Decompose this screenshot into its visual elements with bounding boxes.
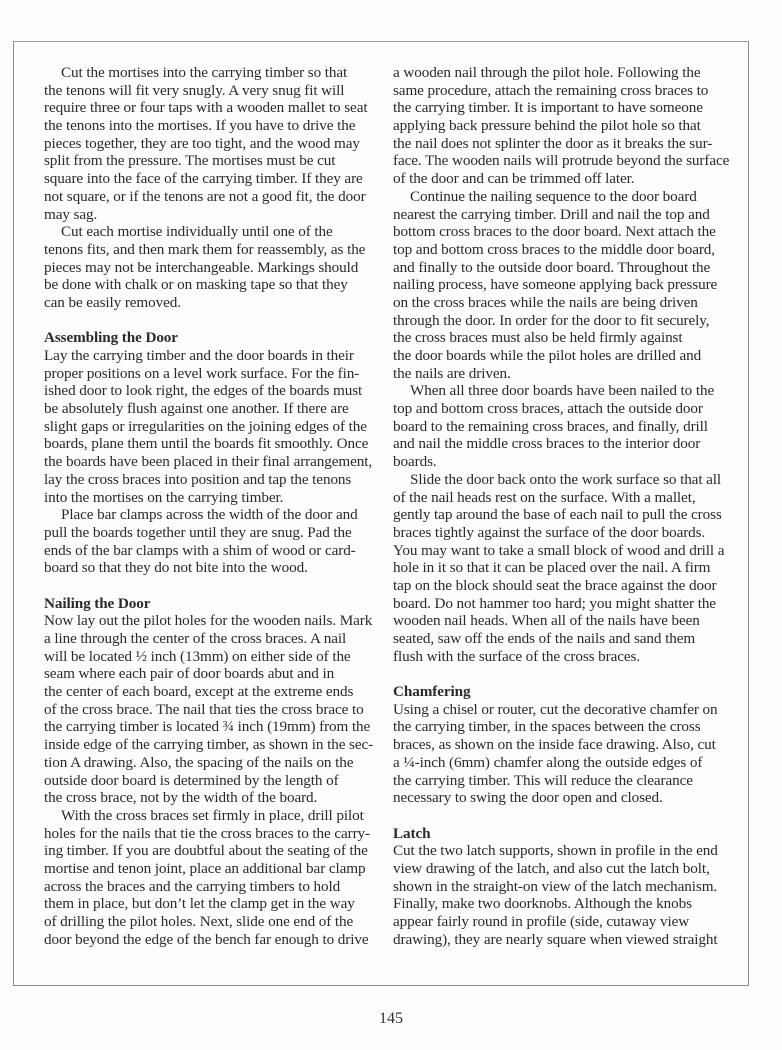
text-line: board to the remaining cross braces, and… xyxy=(393,418,733,436)
text-line: inside edge of the carrying timber, as s… xyxy=(44,736,380,754)
text-line: Continue the nailing sequence to the doo… xyxy=(393,188,733,206)
text-line: Using a chisel or router, cut the decora… xyxy=(393,701,733,719)
text-line: hole in it so that it can be placed over… xyxy=(393,559,733,577)
text-line: tap on the block should seat the brace a… xyxy=(393,577,733,595)
text-line: appear fairly round in profile (side, cu… xyxy=(393,913,733,931)
text-line: the tenons into the mortises. If you hav… xyxy=(44,117,380,135)
text-line: through the door. In order for the door … xyxy=(393,312,733,330)
text-line: require three or four taps with a wooden… xyxy=(44,99,380,117)
text-line: the door boards while the pilot holes ar… xyxy=(393,347,733,365)
text-line: With the cross braces set firmly in plac… xyxy=(44,807,380,825)
text-line: of the door and can be trimmed off later… xyxy=(393,170,733,188)
spacer xyxy=(393,807,733,825)
text-line: wooden nail heads. When all of the nails… xyxy=(393,612,733,630)
text-line: pieces together, they are too tight, and… xyxy=(44,135,380,153)
text-line: top and bottom cross braces, attach the … xyxy=(393,400,733,418)
text-line: slight gaps or irregularities on the joi… xyxy=(44,418,380,436)
text-line: tion A drawing. Also, the spacing of the… xyxy=(44,754,380,772)
text-line: applying back pressure behind the pilot … xyxy=(393,117,733,135)
text-line: and finally to the outside door board. T… xyxy=(393,259,733,277)
text-line: seam where each pair of door boards abut… xyxy=(44,665,380,683)
text-line: Now lay out the pilot holes for the wood… xyxy=(44,612,380,630)
text-line: necessary to swing the door open and clo… xyxy=(393,789,733,807)
text-line: pieces may not be interchangeable. Marki… xyxy=(44,259,380,277)
text-line: boards, plane them until the boards fit … xyxy=(44,435,380,453)
text-line: shown in the straight-on view of the lat… xyxy=(393,878,733,896)
text-line: board so that they do not bite into the … xyxy=(44,559,380,577)
text-line: of the nail heads rest on the surface. W… xyxy=(393,489,733,507)
text-line: the boards have been placed in their fin… xyxy=(44,453,380,471)
text-line: be done with chalk or on masking tape so… xyxy=(44,276,380,294)
section-heading: Latch xyxy=(393,825,733,843)
spacer xyxy=(393,665,733,683)
text-line: door beyond the edge of the bench far en… xyxy=(44,931,380,949)
text-line: may sag. xyxy=(44,206,380,224)
text-line: lay the cross braces into position and t… xyxy=(44,471,380,489)
text-line: the cross brace, not by the width of the… xyxy=(44,789,380,807)
text-line: of the cross brace. The nail that ties t… xyxy=(44,701,380,719)
text-line: ished door to look right, the edges of t… xyxy=(44,382,380,400)
text-line: not square, or if the tenons are not a g… xyxy=(44,188,380,206)
text-line: across the braces and the carrying timbe… xyxy=(44,878,380,896)
text-line: the carrying timber is located ¾ inch (1… xyxy=(44,718,380,736)
text-line: the nail does not splinter the door as i… xyxy=(393,135,733,153)
left-text-column: Cut the mortises into the carrying timbe… xyxy=(44,64,380,948)
spacer xyxy=(44,577,380,595)
text-line: drawing), they are nearly square when vi… xyxy=(393,931,733,949)
text-line: the carrying timber. This will reduce th… xyxy=(393,772,733,790)
text-line: nearest the carrying timber. Drill and n… xyxy=(393,206,733,224)
text-line: Cut each mortise individually until one … xyxy=(44,223,380,241)
text-line: proper positions on a level work surface… xyxy=(44,365,380,383)
section-heading: Assembling the Door xyxy=(44,329,380,347)
text-line: into the mortises on the carrying timber… xyxy=(44,489,380,507)
text-line: the carrying timber, in the spaces betwe… xyxy=(393,718,733,736)
text-line: the tenons will fit very snugly. A very … xyxy=(44,82,380,100)
text-line: holes for the nails that tie the cross b… xyxy=(44,825,380,843)
text-line: When all three door boards have been nai… xyxy=(393,382,733,400)
text-line: Cut the two latch supports, shown in pro… xyxy=(393,842,733,860)
text-line: Place bar clamps across the width of the… xyxy=(44,506,380,524)
text-line: will be located ½ inch (13mm) on either … xyxy=(44,648,380,666)
text-line: square into the face of the carrying tim… xyxy=(44,170,380,188)
section-heading: Chamfering xyxy=(393,683,733,701)
text-line: on the cross braces while the nails are … xyxy=(393,294,733,312)
text-line: them in place, but don’t let the clamp g… xyxy=(44,895,380,913)
text-line: ends of the bar clamps with a shim of wo… xyxy=(44,542,380,560)
text-line: view drawing of the latch, and also cut … xyxy=(393,860,733,878)
text-line: the nails are driven. xyxy=(393,365,733,383)
text-line: Finally, make two doorknobs. Although th… xyxy=(393,895,733,913)
text-line: a wooden nail through the pilot hole. Fo… xyxy=(393,64,733,82)
text-line: You may want to take a small block of wo… xyxy=(393,542,733,560)
text-line: mortise and tenon joint, place an additi… xyxy=(44,860,380,878)
text-line: face. The wooden nails will protrude bey… xyxy=(393,152,733,170)
spacer xyxy=(44,312,380,330)
text-line: nailing process, have someone applying b… xyxy=(393,276,733,294)
text-line: seated, saw off the ends of the nails an… xyxy=(393,630,733,648)
text-line: a line through the center of the cross b… xyxy=(44,630,380,648)
text-line: bottom cross braces to the door board. N… xyxy=(393,223,733,241)
text-line: of drilling the pilot holes. Next, slide… xyxy=(44,913,380,931)
text-line: Lay the carrying timber and the door boa… xyxy=(44,347,380,365)
text-line: same procedure, attach the remaining cro… xyxy=(393,82,733,100)
text-line: Slide the door back onto the work surfac… xyxy=(393,471,733,489)
text-line: boards. xyxy=(393,453,733,471)
text-line: flush with the surface of the cross brac… xyxy=(393,648,733,666)
text-line: the cross braces must also be held firml… xyxy=(393,329,733,347)
text-line: and nail the middle cross braces to the … xyxy=(393,435,733,453)
text-line: the carrying timber. It is important to … xyxy=(393,99,733,117)
text-line: braces tightly against the surface of th… xyxy=(393,524,733,542)
text-line: a ¼-inch (6mm) chamfer along the outside… xyxy=(393,754,733,772)
text-line: gently tap around the base of each nail … xyxy=(393,506,733,524)
text-line: split from the pressure. The mortises mu… xyxy=(44,152,380,170)
text-line: braces, as shown on the inside face draw… xyxy=(393,736,733,754)
text-line: Cut the mortises into the carrying timbe… xyxy=(44,64,380,82)
text-line: be absolutely flush against one another.… xyxy=(44,400,380,418)
text-line: can be easily removed. xyxy=(44,294,380,312)
section-heading: Nailing the Door xyxy=(44,595,380,613)
page-number: 145 xyxy=(0,1010,782,1028)
text-line: the center of each board, except at the … xyxy=(44,683,380,701)
text-line: top and bottom cross braces to the middl… xyxy=(393,241,733,259)
text-line: board. Do not hammer too hard; you might… xyxy=(393,595,733,613)
text-line: ing timber. If you are doubtful about th… xyxy=(44,842,380,860)
text-line: tenons fits, and then mark them for reas… xyxy=(44,241,380,259)
text-line: outside door board is determined by the … xyxy=(44,772,380,790)
text-line: pull the boards together until they are … xyxy=(44,524,380,542)
right-text-column: a wooden nail through the pilot hole. Fo… xyxy=(393,64,733,948)
